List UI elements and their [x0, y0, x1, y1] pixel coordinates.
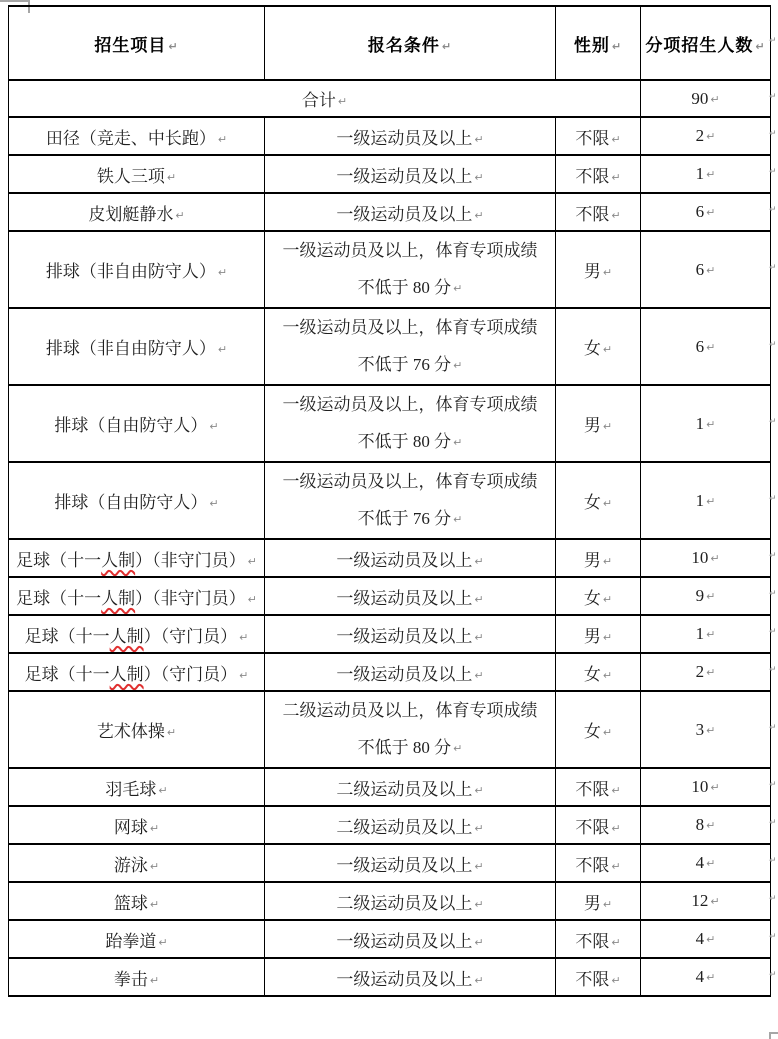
col-header-project-label: 招生项目 — [94, 36, 166, 55]
condition-cell: 一级运动员及以上↵ — [265, 117, 556, 155]
count-cell: 8↵ — [641, 806, 771, 844]
paragraph-mark-icon: ↵ — [706, 857, 715, 870]
col-header-count-label: 分项招生人数 — [645, 36, 753, 55]
end-of-row-mark-icon: ↵ — [769, 551, 777, 561]
condition-cell: 二级运动员及以上↵ — [265, 768, 556, 806]
end-of-row-mark-icon: ↵ — [769, 723, 777, 733]
count-cell: 6↵ — [641, 193, 771, 231]
table-row: 田径（竞走、中长跑）↵一级运动员及以上↵不限↵2↵ — [9, 117, 771, 155]
count-cell: 1↵ — [641, 462, 771, 539]
paragraph-mark-icon: ↵ — [248, 593, 257, 606]
paragraph-mark-icon: ↵ — [706, 168, 715, 181]
paragraph-mark-icon: ↵ — [603, 497, 612, 510]
project-cell: 艺术体操↵ — [9, 691, 265, 768]
gender-cell: 男↵ — [556, 615, 641, 653]
paragraph-mark-icon: ↵ — [338, 95, 347, 108]
paragraph-mark-icon: ↵ — [611, 784, 620, 797]
paragraph-mark-icon: ↵ — [474, 555, 483, 568]
paragraph-mark-icon: ↵ — [612, 40, 622, 53]
condition-cell: 一级运动员及以上↵ — [265, 539, 556, 577]
condition-cell: 二级运动员及以上↵ — [265, 806, 556, 844]
gender-cell: 不限↵ — [556, 844, 641, 882]
col-header-condition: 报名条件↵ — [265, 6, 556, 80]
paragraph-mark-icon: ↵ — [706, 418, 715, 431]
paragraph-mark-icon: ↵ — [474, 631, 483, 644]
paragraph-mark-icon: ↵ — [474, 936, 483, 949]
paragraph-mark-icon: ↵ — [175, 209, 184, 222]
count-cell: 1↵ — [641, 155, 771, 193]
gender-cell: 女↵ — [556, 653, 641, 691]
table-row: 排球（自由防守人）↵一级运动员及以上，体育专项成绩不低于 76 分↵女↵1↵ — [9, 462, 771, 539]
project-cell: 足球（十一人制）（守门员）↵ — [9, 615, 265, 653]
gender-cell: 不限↵ — [556, 117, 641, 155]
count-cell: 6↵ — [641, 231, 771, 308]
count-cell: 12↵ — [641, 882, 771, 920]
gender-cell: 男↵ — [556, 385, 641, 462]
gender-cell: 不限↵ — [556, 193, 641, 231]
paragraph-mark-icon: ↵ — [603, 593, 612, 606]
paragraph-mark-icon: ↵ — [706, 666, 715, 679]
paragraph-mark-icon: ↵ — [218, 343, 227, 356]
gender-cell: 不限↵ — [556, 920, 641, 958]
table-row: 足球（十一人制）（非守门员）↵一级运动员及以上↵女↵9↵ — [9, 577, 771, 615]
paragraph-mark-icon: ↵ — [474, 860, 483, 873]
paragraph-mark-icon: ↵ — [474, 784, 483, 797]
project-cell: 铁人三项↵ — [9, 155, 265, 193]
paragraph-mark-icon: ↵ — [603, 420, 612, 433]
count-cell: 10↵ — [641, 539, 771, 577]
document-page: 招生项目↵ 报名条件↵ 性别↵ 分项招生人数↵ 合计↵90↵田径（竞走、中长跑）… — [0, 0, 778, 1039]
paragraph-mark-icon: ↵ — [209, 420, 218, 433]
end-of-row-mark-icon: ↵ — [769, 856, 777, 866]
paragraph-mark-icon: ↵ — [603, 669, 612, 682]
summary-row: 合计↵90↵ — [9, 80, 771, 117]
table-row: 排球（自由防守人）↵一级运动员及以上，体育专项成绩不低于 80 分↵男↵1↵ — [9, 385, 771, 462]
condition-cell: 一级运动员及以上↵ — [265, 653, 556, 691]
paragraph-mark-icon: ↵ — [239, 631, 248, 644]
paragraph-mark-icon: ↵ — [453, 359, 462, 372]
col-header-condition-label: 报名条件 — [368, 36, 440, 55]
end-of-row-mark-icon: ↵ — [769, 340, 777, 350]
condition-cell: 一级运动员及以上↵ — [265, 920, 556, 958]
project-cell: 足球（十一人制）（守门员）↵ — [9, 653, 265, 691]
gender-cell: 女↵ — [556, 691, 641, 768]
end-of-row-mark-icon: ↵ — [769, 780, 777, 790]
paragraph-mark-icon: ↵ — [248, 555, 257, 568]
paragraph-mark-icon: ↵ — [150, 974, 159, 987]
condition-cell: 一级运动员及以上↵ — [265, 193, 556, 231]
paragraph-mark-icon: ↵ — [474, 171, 483, 184]
paragraph-mark-icon: ↵ — [474, 822, 483, 835]
paragraph-mark-icon: ↵ — [453, 282, 462, 295]
paragraph-mark-icon: ↵ — [158, 936, 167, 949]
end-of-row-mark-icon: ↵ — [769, 167, 777, 177]
project-cell: 足球（十一人制）（非守门员）↵ — [9, 577, 265, 615]
paragraph-mark-icon: ↵ — [710, 552, 719, 565]
paragraph-mark-icon: ↵ — [706, 628, 715, 641]
table-row: 足球（十一人制）（守门员）↵一级运动员及以上↵男↵1↵ — [9, 615, 771, 653]
paragraph-mark-icon: ↵ — [474, 133, 483, 146]
paragraph-mark-icon: ↵ — [474, 898, 483, 911]
paragraph-mark-icon: ↵ — [706, 341, 715, 354]
paragraph-mark-icon: ↵ — [706, 264, 715, 277]
paragraph-mark-icon: ↵ — [706, 590, 715, 603]
paragraph-mark-icon: ↵ — [611, 974, 620, 987]
count-cell: 1↵ — [641, 615, 771, 653]
paragraph-mark-icon: ↵ — [150, 860, 159, 873]
table-row: 排球（非自由防守人）↵一级运动员及以上，体育专项成绩不低于 80 分↵男↵6↵ — [9, 231, 771, 308]
condition-cell: 一级运动员及以上↵ — [265, 155, 556, 193]
gender-cell: 不限↵ — [556, 958, 641, 996]
summary-label-cell: 合计↵ — [9, 80, 641, 117]
end-of-row-mark-icon: ↵ — [769, 129, 777, 139]
gender-cell: 不限↵ — [556, 768, 641, 806]
paragraph-mark-icon: ↵ — [603, 726, 612, 739]
project-cell: 足球（十一人制）（非守门员）↵ — [9, 539, 265, 577]
end-of-row-mark-icon: ↵ — [769, 36, 777, 46]
paragraph-mark-icon: ↵ — [706, 130, 715, 143]
paragraph-mark-icon: ↵ — [150, 822, 159, 835]
paragraph-mark-icon: ↵ — [603, 898, 612, 911]
count-cell: 4↵ — [641, 920, 771, 958]
condition-cell: 一级运动员及以上↵ — [265, 577, 556, 615]
count-cell: 6↵ — [641, 308, 771, 385]
paragraph-mark-icon: ↵ — [706, 724, 715, 737]
paragraph-mark-icon: ↵ — [710, 895, 719, 908]
table-row: 艺术体操↵二级运动员及以上，体育专项成绩不低于 80 分↵女↵3↵ — [9, 691, 771, 768]
table-row: 游泳↵一级运动员及以上↵不限↵4↵ — [9, 844, 771, 882]
table-row: 铁人三项↵一级运动员及以上↵不限↵1↵ — [9, 155, 771, 193]
paragraph-mark-icon: ↵ — [453, 436, 462, 449]
paragraph-mark-icon: ↵ — [755, 40, 765, 53]
paragraph-mark-icon: ↵ — [167, 171, 176, 184]
count-cell: 1↵ — [641, 385, 771, 462]
paragraph-mark-icon: ↵ — [706, 495, 715, 508]
paragraph-mark-icon: ↵ — [603, 555, 612, 568]
spellcheck-wavy-underline: 人制 — [110, 627, 144, 646]
end-of-row-mark-icon: ↵ — [769, 494, 777, 504]
paragraph-mark-icon: ↵ — [706, 933, 715, 946]
paragraph-mark-icon: ↵ — [474, 593, 483, 606]
condition-cell: 一级运动员及以上↵ — [265, 958, 556, 996]
end-of-row-mark-icon: ↵ — [769, 894, 777, 904]
spellcheck-wavy-underline: 人制 — [101, 551, 135, 570]
project-cell: 排球（非自由防守人）↵ — [9, 231, 265, 308]
condition-cell: 一级运动员及以上，体育专项成绩不低于 76 分↵ — [265, 308, 556, 385]
end-of-row-mark-icon: ↵ — [769, 818, 777, 828]
spellcheck-wavy-underline: 人制 — [101, 589, 135, 608]
gender-cell: 男↵ — [556, 539, 641, 577]
col-header-gender: 性别↵ — [556, 6, 641, 80]
paragraph-mark-icon: ↵ — [611, 860, 620, 873]
end-of-row-mark-icon: ↵ — [769, 263, 777, 273]
table-row: 足球（十一人制）（非守门员）↵一级运动员及以上↵男↵10↵ — [9, 539, 771, 577]
table-row: 皮划艇静水↵一级运动员及以上↵不限↵6↵ — [9, 193, 771, 231]
count-cell: 3↵ — [641, 691, 771, 768]
end-of-row-mark-icon: ↵ — [769, 417, 777, 427]
text-boundary-corner-bottom-right-icon — [769, 1032, 778, 1039]
admission-plan-table: 招生项目↵ 报名条件↵ 性别↵ 分项招生人数↵ 合计↵90↵田径（竞走、中长跑）… — [8, 5, 771, 997]
paragraph-mark-icon: ↵ — [474, 974, 483, 987]
gender-cell: 女↵ — [556, 308, 641, 385]
gender-cell: 男↵ — [556, 231, 641, 308]
project-cell: 排球（自由防守人）↵ — [9, 385, 265, 462]
gender-cell: 不限↵ — [556, 806, 641, 844]
end-of-row-mark-icon: ↵ — [769, 627, 777, 637]
paragraph-mark-icon: ↵ — [453, 742, 462, 755]
table-row: 排球（非自由防守人）↵一级运动员及以上，体育专项成绩不低于 76 分↵女↵6↵ — [9, 308, 771, 385]
count-cell: 4↵ — [641, 958, 771, 996]
table-row: 羽毛球↵二级运动员及以上↵不限↵10↵ — [9, 768, 771, 806]
paragraph-mark-icon: ↵ — [611, 209, 620, 222]
condition-cell: 二级运动员及以上，体育专项成绩不低于 80 分↵ — [265, 691, 556, 768]
gender-cell: 男↵ — [556, 882, 641, 920]
col-header-count: 分项招生人数↵ — [641, 6, 771, 80]
condition-cell: 一级运动员及以上↵ — [265, 615, 556, 653]
end-of-row-mark-icon: ↵ — [769, 665, 777, 675]
project-cell: 网球↵ — [9, 806, 265, 844]
table-row: 跆拳道↵一级运动员及以上↵不限↵4↵ — [9, 920, 771, 958]
count-cell: 9↵ — [641, 577, 771, 615]
condition-cell: 二级运动员及以上↵ — [265, 882, 556, 920]
table-row: 网球↵二级运动员及以上↵不限↵8↵ — [9, 806, 771, 844]
paragraph-mark-icon: ↵ — [209, 497, 218, 510]
project-cell: 拳击↵ — [9, 958, 265, 996]
paragraph-mark-icon: ↵ — [611, 936, 620, 949]
paragraph-mark-icon: ↵ — [218, 133, 227, 146]
paragraph-mark-icon: ↵ — [603, 631, 612, 644]
condition-cell: 一级运动员及以上↵ — [265, 844, 556, 882]
condition-cell: 一级运动员及以上，体育专项成绩不低于 80 分↵ — [265, 385, 556, 462]
paragraph-mark-icon: ↵ — [474, 209, 483, 222]
paragraph-mark-icon: ↵ — [218, 266, 227, 279]
paragraph-mark-icon: ↵ — [150, 898, 159, 911]
project-cell: 游泳↵ — [9, 844, 265, 882]
table-row: 篮球↵二级运动员及以上↵男↵12↵ — [9, 882, 771, 920]
paragraph-mark-icon: ↵ — [168, 40, 178, 53]
count-cell: 2↵ — [641, 117, 771, 155]
condition-cell: 一级运动员及以上，体育专项成绩不低于 80 分↵ — [265, 231, 556, 308]
table-row: 足球（十一人制）（守门员）↵一级运动员及以上↵女↵2↵ — [9, 653, 771, 691]
paragraph-mark-icon: ↵ — [611, 133, 620, 146]
end-of-row-mark-icon: ↵ — [769, 92, 777, 102]
end-of-row-mark-icon: ↵ — [769, 932, 777, 942]
count-cell: 2↵ — [641, 653, 771, 691]
col-header-gender-label: 性别 — [574, 36, 610, 55]
paragraph-mark-icon: ↵ — [710, 781, 719, 794]
project-cell: 皮划艇静水↵ — [9, 193, 265, 231]
project-cell: 排球（自由防守人）↵ — [9, 462, 265, 539]
paragraph-mark-icon: ↵ — [611, 822, 620, 835]
paragraph-mark-icon: ↵ — [710, 93, 719, 106]
count-cell: 10↵ — [641, 768, 771, 806]
gender-cell: 女↵ — [556, 577, 641, 615]
project-cell: 篮球↵ — [9, 882, 265, 920]
end-of-row-mark-icon: ↵ — [769, 970, 777, 980]
project-cell: 田径（竞走、中长跑）↵ — [9, 117, 265, 155]
gender-cell: 女↵ — [556, 462, 641, 539]
paragraph-mark-icon: ↵ — [611, 171, 620, 184]
table-body: 合计↵90↵田径（竞走、中长跑）↵一级运动员及以上↵不限↵2↵铁人三项↵一级运动… — [9, 80, 771, 996]
paragraph-mark-icon: ↵ — [603, 343, 612, 356]
paragraph-mark-icon: ↵ — [706, 206, 715, 219]
project-cell: 跆拳道↵ — [9, 920, 265, 958]
condition-cell: 一级运动员及以上，体育专项成绩不低于 76 分↵ — [265, 462, 556, 539]
paragraph-mark-icon: ↵ — [474, 669, 483, 682]
summary-count-cell: 90↵ — [641, 80, 771, 117]
paragraph-mark-icon: ↵ — [167, 726, 176, 739]
gender-cell: 不限↵ — [556, 155, 641, 193]
paragraph-mark-icon: ↵ — [453, 513, 462, 526]
paragraph-mark-icon: ↵ — [239, 669, 248, 682]
paragraph-mark-icon: ↵ — [442, 40, 452, 53]
count-cell: 4↵ — [641, 844, 771, 882]
paragraph-mark-icon: ↵ — [158, 784, 167, 797]
spellcheck-wavy-underline: 人制 — [110, 665, 144, 684]
end-of-row-mark-icon: ↵ — [769, 205, 777, 215]
project-cell: 羽毛球↵ — [9, 768, 265, 806]
paragraph-mark-icon: ↵ — [706, 819, 715, 832]
paragraph-mark-icon: ↵ — [603, 266, 612, 279]
project-cell: 排球（非自由防守人）↵ — [9, 308, 265, 385]
end-of-row-mark-icon: ↵ — [769, 589, 777, 599]
col-header-project: 招生项目↵ — [9, 6, 265, 80]
paragraph-mark-icon: ↵ — [706, 971, 715, 984]
table-row: 拳击↵一级运动员及以上↵不限↵4↵ — [9, 958, 771, 996]
header-row: 招生项目↵ 报名条件↵ 性别↵ 分项招生人数↵ — [9, 6, 771, 80]
